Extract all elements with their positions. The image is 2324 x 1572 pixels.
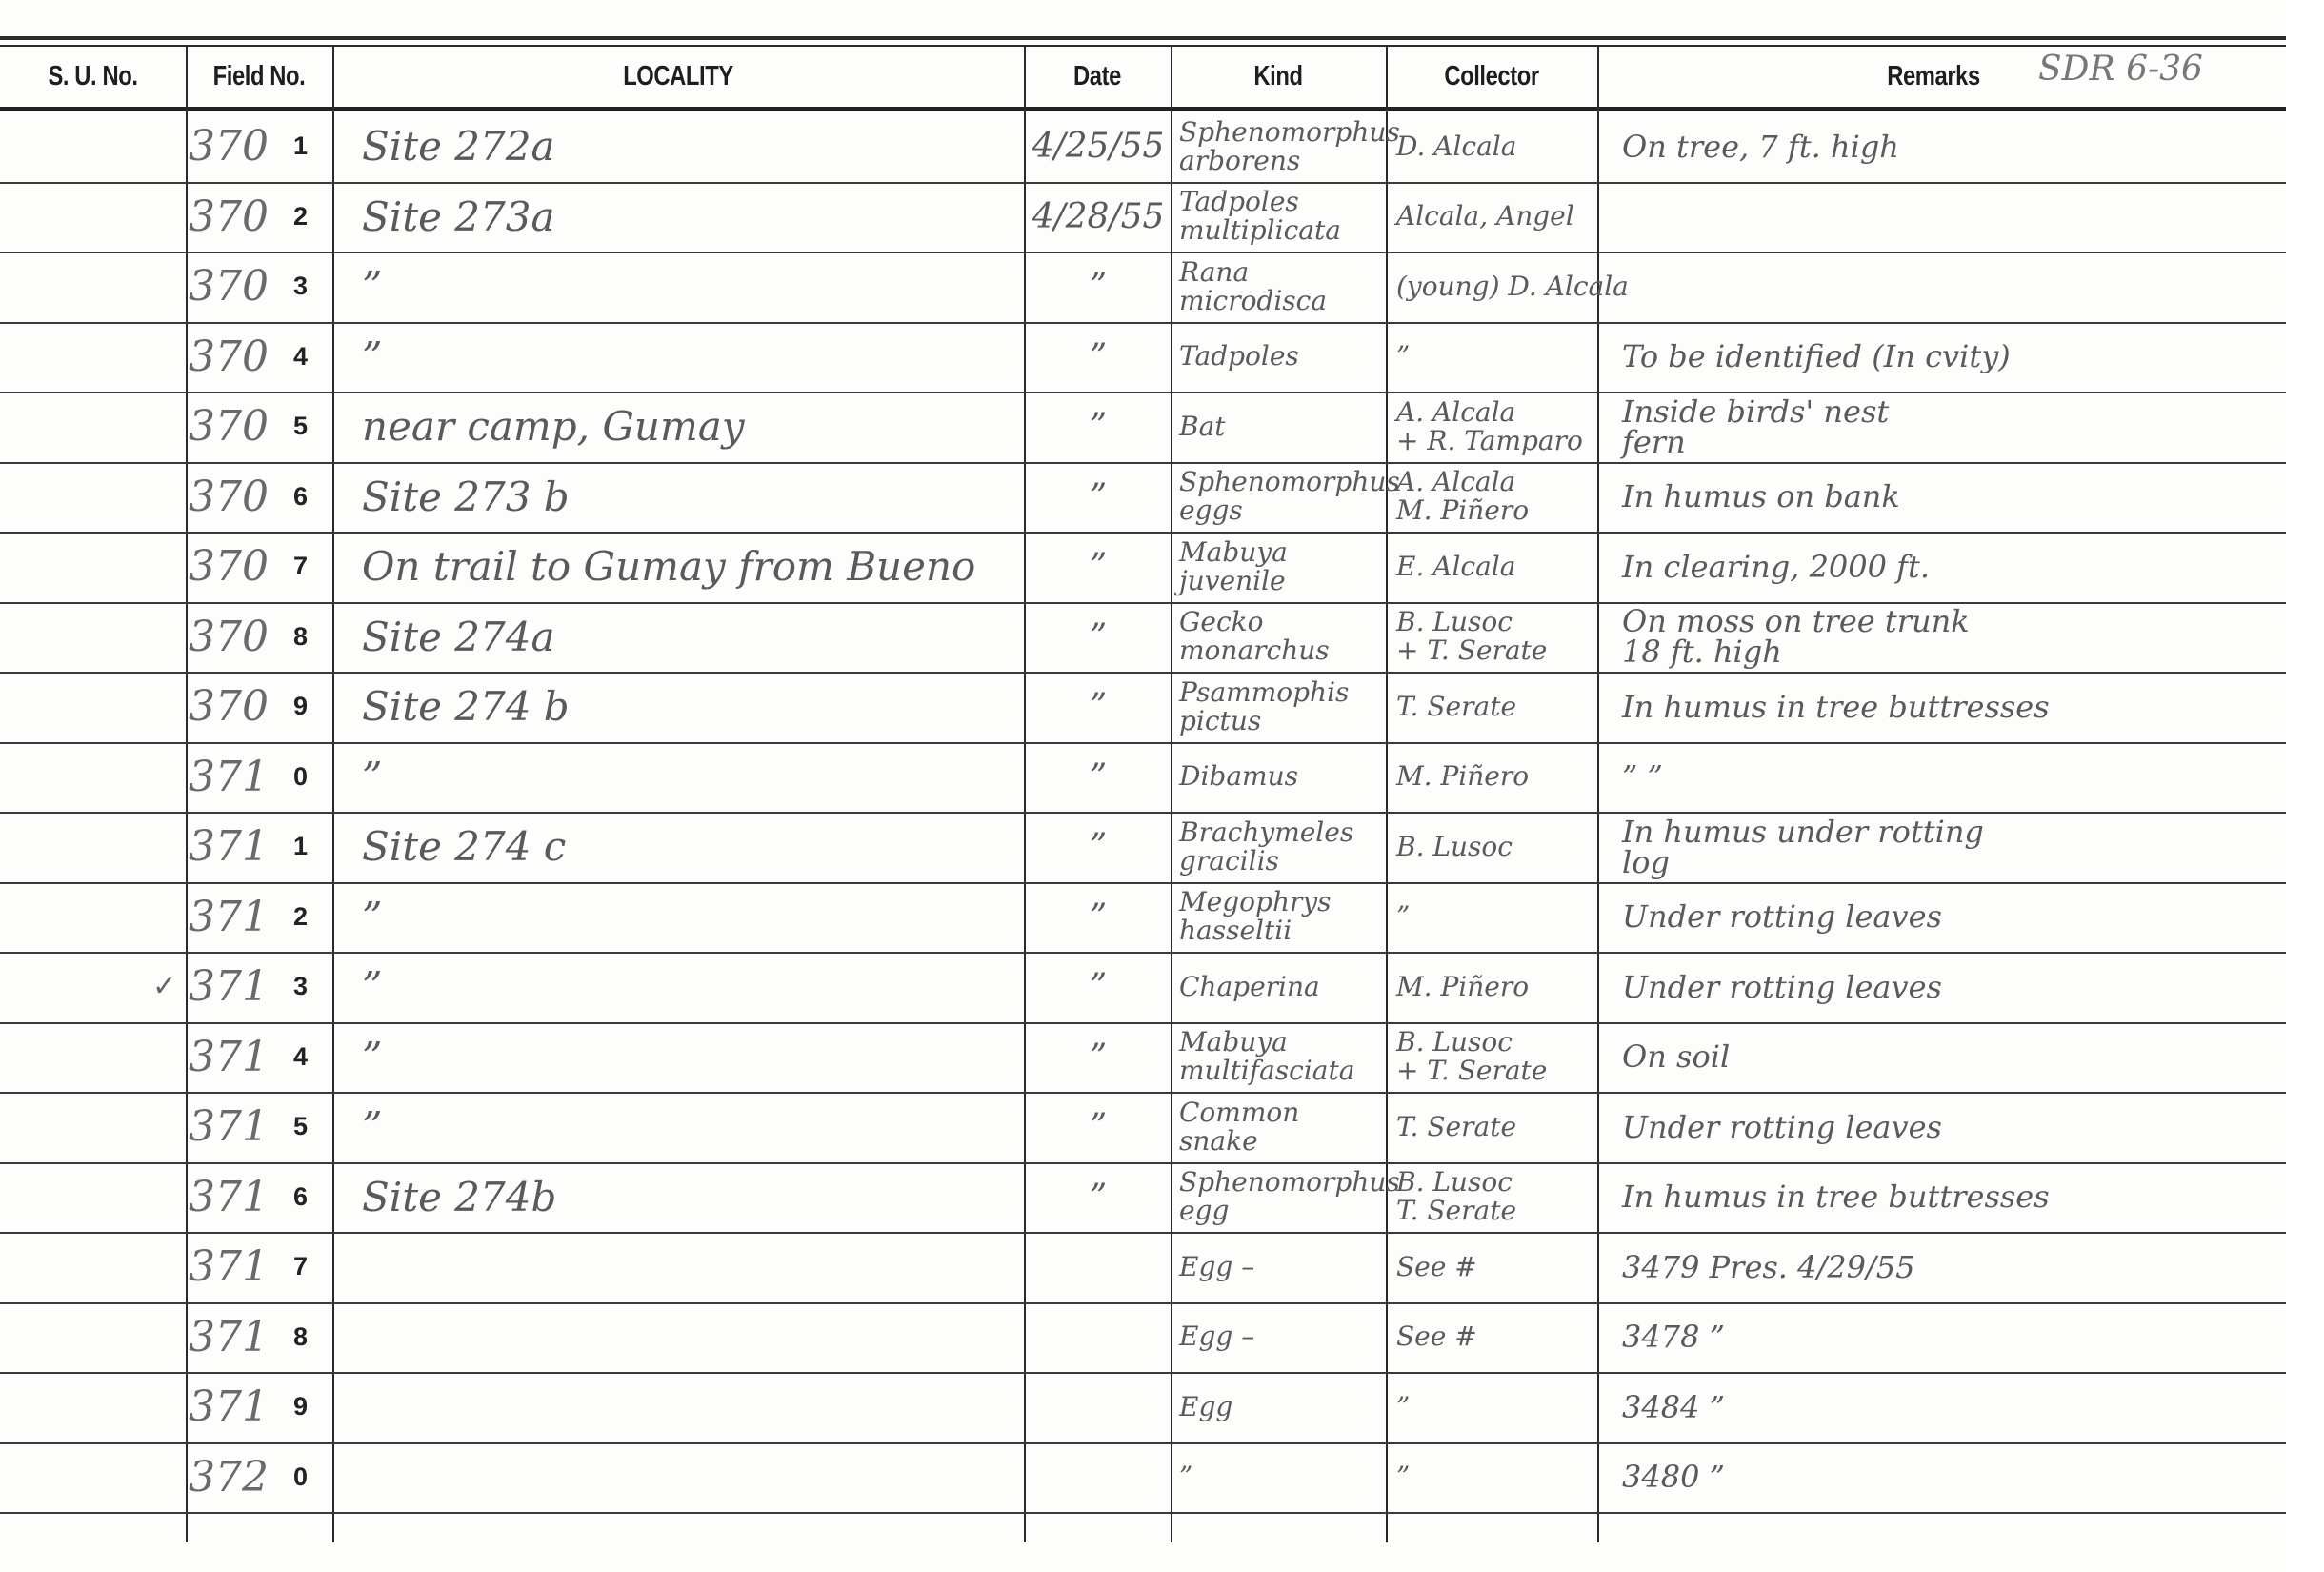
locality-cell — [343, 1372, 1029, 1441]
field-no-suffix: 0 — [293, 742, 308, 812]
remarks-cell: In humus on bank — [1605, 462, 2308, 532]
cell-line: T. Serate — [1396, 693, 1516, 721]
collector-cell: T. Serate — [1389, 672, 1606, 741]
cell-line: A. Alcala — [1396, 398, 1515, 427]
cell-line: Brachymeles — [1179, 818, 1353, 847]
date-cell: 4/25/55 — [1027, 111, 1170, 181]
cell-line: Egg – — [1179, 1322, 1254, 1351]
cell-line: gracilis — [1179, 847, 1279, 876]
cell-line: B. Lusoc — [1396, 1168, 1513, 1197]
field-no-suffix: 4 — [293, 322, 308, 392]
kind-cell: Sphenomorphusegg — [1173, 1162, 1391, 1232]
kind-cell: Bat — [1173, 392, 1391, 461]
table-row: 370 5 near camp, Gumay ” Bat A. Alcala+ … — [0, 392, 2286, 461]
cell-line: egg — [1179, 1197, 1229, 1225]
cell-line: Egg — [1179, 1393, 1232, 1421]
field-no-suffix: 9 — [293, 1372, 308, 1441]
cell-line: pictus — [1179, 707, 1261, 736]
field-no-suffix: 3 — [293, 952, 308, 1021]
collector-cell: ” — [1389, 882, 1606, 952]
cell-line: Sphenomorphus — [1179, 1168, 1400, 1197]
field-no-prefix: 371 — [189, 952, 284, 1021]
cell-line: multifasciata — [1179, 1057, 1354, 1085]
field-no-suffix: 2 — [293, 182, 308, 252]
table-row: 370 2 Site 273a 4/28/55 Tadpolesmultipli… — [0, 182, 2286, 252]
field-no-suffix: 6 — [293, 1162, 308, 1232]
field-no-suffix: 2 — [293, 882, 308, 952]
cell-line: Dibamus — [1179, 762, 1298, 791]
locality-cell: near camp, Gumay — [343, 392, 1029, 461]
kind-cell: Geckomonarchus — [1173, 602, 1391, 672]
kind-cell: Egg — [1173, 1372, 1391, 1441]
field-no-suffix: 9 — [293, 672, 308, 741]
top-double-rule-inner — [0, 45, 2286, 47]
field-no-suffix: 1 — [293, 111, 308, 181]
collector-cell: ” — [1389, 1372, 1606, 1441]
cell-line: In clearing, 2000 ft. — [1622, 552, 1930, 582]
collector-cell: B. Lusoc — [1389, 812, 1606, 881]
field-no-prefix: 371 — [189, 1022, 284, 1092]
locality-cell: Site 273a — [343, 182, 1029, 252]
date-cell: ” — [1027, 672, 1170, 741]
cell-line: fern — [1622, 427, 1686, 457]
date-cell — [1027, 1302, 1170, 1372]
date-cell: ” — [1027, 812, 1170, 881]
locality-cell: ” — [343, 882, 1029, 952]
table-row: 371 2 ” ” Megophryshasseltii ” Under rot… — [0, 882, 2286, 952]
table-row: 371 5 ” ” Commonsnake T. Serate Under ro… — [0, 1092, 2286, 1161]
locality-cell: ” — [343, 252, 1029, 321]
date-cell: ” — [1027, 392, 1170, 461]
date-cell: ” — [1027, 532, 1170, 601]
cell-line: 3479 Pres. 4/29/55 — [1622, 1252, 1915, 1282]
cell-line: snake — [1179, 1127, 1258, 1156]
remarks-cell: In humus under rottinglog — [1605, 812, 2308, 881]
cell-line: M. Piñero — [1396, 762, 1529, 791]
field-no-prefix: 370 — [189, 111, 284, 181]
remarks-cell: On moss on tree trunk18 ft. high — [1605, 602, 2308, 672]
remarks-cell: In humus in tree buttresses — [1605, 672, 2308, 741]
header-locality: LOCALITY — [394, 52, 961, 100]
field-no-prefix: 370 — [189, 322, 284, 392]
locality-cell — [343, 1302, 1029, 1372]
cell-line: Chaperina — [1179, 973, 1320, 1001]
cell-line: + T. Serate — [1396, 1057, 1547, 1085]
field-no-prefix: 371 — [189, 1092, 284, 1161]
locality-cell: Site 273 b — [343, 462, 1029, 532]
remarks-cell: 3480 ” — [1605, 1442, 2308, 1512]
kind-cell: Chaperina — [1173, 952, 1391, 1021]
field-no-prefix: 371 — [189, 1372, 284, 1441]
field-no-prefix: 370 — [189, 182, 284, 252]
cell-line: Gecko — [1179, 608, 1263, 636]
locality-cell — [343, 1232, 1029, 1301]
field-no-prefix: 371 — [189, 812, 284, 881]
cell-line: See # — [1396, 1253, 1477, 1281]
remarks-cell: On tree, 7 ft. high — [1605, 111, 2308, 181]
cell-line: Under rotting leaves — [1622, 1112, 1942, 1142]
remarks-cell: In clearing, 2000 ft. — [1605, 532, 2308, 601]
locality-cell: Site 274b — [343, 1162, 1029, 1232]
field-no-prefix: 372 — [189, 1442, 284, 1512]
date-cell: ” — [1027, 882, 1170, 952]
kind-cell: Egg – — [1173, 1302, 1391, 1372]
remarks-cell: 3479 Pres. 4/29/55 — [1605, 1232, 2308, 1301]
cell-line: Rana — [1179, 258, 1249, 287]
collector-cell: ” — [1389, 1442, 1606, 1512]
remarks-cell: Under rotting leaves — [1605, 1092, 2308, 1161]
cell-line: juvenile — [1179, 567, 1286, 595]
cell-line: Tadpoles — [1179, 188, 1299, 216]
kind-cell: Megophryshasseltii — [1173, 882, 1391, 952]
kind-cell: Sphenomorphusarborens — [1173, 111, 1391, 181]
field-no-prefix: 370 — [189, 462, 284, 532]
cell-line: ” — [1179, 1462, 1192, 1491]
cell-line: Tadpoles — [1179, 342, 1299, 371]
table-row: 370 6 Site 273 b ” Sphenomorphuseggs A. … — [0, 462, 2286, 532]
cell-line: (young) D. Alcala — [1396, 272, 1629, 301]
field-no-prefix: 371 — [189, 1162, 284, 1232]
field-no-prefix: 370 — [189, 392, 284, 461]
date-cell — [1027, 1372, 1170, 1441]
header-collector: Collector — [1405, 52, 1578, 100]
cell-line: M. Piñero — [1396, 973, 1529, 1001]
collector-cell: B. Lusoc+ T. Serate — [1389, 602, 1606, 672]
field-no-prefix: 371 — [189, 882, 284, 952]
cell-line: eggs — [1179, 496, 1243, 525]
cell-line: Bat — [1179, 413, 1226, 441]
cell-line: Inside birds' nest — [1622, 396, 1889, 427]
locality-cell: Site 274 c — [343, 812, 1029, 881]
table-row: 370 8 Site 274a ” Geckomonarchus B. Luso… — [0, 602, 2286, 672]
field-no-suffix: 5 — [293, 392, 308, 461]
check-mark: ✓ — [152, 952, 176, 1021]
locality-cell: ” — [343, 322, 1029, 392]
remarks-cell: Under rotting leaves — [1605, 952, 2308, 1021]
header-date: Date — [1037, 52, 1157, 100]
cell-line: Mabuya — [1179, 1028, 1288, 1057]
field-no-suffix: 5 — [293, 1092, 308, 1161]
table-row: 370 4 ” ” Tadpoles ” To be identified (I… — [0, 322, 2286, 392]
field-no-prefix: 370 — [189, 602, 284, 672]
table-row: 371 1 Site 274 c ” Brachymelesgracilis B… — [0, 812, 2286, 881]
collector-cell: See # — [1389, 1232, 1606, 1301]
date-cell: ” — [1027, 1092, 1170, 1161]
locality-cell — [343, 1442, 1029, 1512]
field-no-suffix: 1 — [293, 812, 308, 881]
kind-cell: Tadpolesmultiplicata — [1173, 182, 1391, 252]
table-row: 371 7 Egg – See # 3479 Pres. 4/29/55 — [0, 1232, 2286, 1301]
top-double-rule — [0, 36, 2286, 40]
cell-line: A. Alcala — [1396, 468, 1515, 496]
cell-line: In humus under rotting — [1622, 816, 1984, 847]
cell-line: ” — [1396, 1393, 1410, 1421]
date-cell: ” — [1027, 252, 1170, 321]
cell-line: Sphenomorphus — [1179, 118, 1400, 147]
cell-line: Mabuya — [1179, 538, 1288, 567]
table-row: 371 8 Egg – See # 3478 ” — [0, 1302, 2286, 1372]
field-no-prefix: 370 — [189, 672, 284, 741]
remarks-cell: Under rotting leaves — [1605, 882, 2308, 952]
cell-line: ” — [1396, 342, 1410, 371]
remarks-cell — [1605, 182, 2308, 252]
locality-cell: Site 272a — [343, 111, 1029, 181]
collector-cell: See # — [1389, 1302, 1606, 1372]
date-cell — [1027, 1232, 1170, 1301]
field-no-suffix: 7 — [293, 532, 308, 601]
collector-cell: D. Alcala — [1389, 111, 1606, 181]
collector-cell: A. Alcala+ R. Tamparo — [1389, 392, 1606, 461]
field-no-suffix: 0 — [293, 1442, 308, 1512]
field-no-suffix: 6 — [293, 462, 308, 532]
cell-line: ” — [1396, 902, 1410, 931]
cell-line: monarchus — [1179, 636, 1330, 665]
collector-cell: Alcala, Angel — [1389, 182, 1606, 252]
locality-cell: ” — [343, 952, 1029, 1021]
remarks-cell: 3484 ” — [1605, 1372, 2308, 1441]
kind-cell: Egg – — [1173, 1232, 1391, 1301]
date-cell: 4/28/55 — [1027, 182, 1170, 252]
date-cell — [1027, 1442, 1170, 1512]
cell-line: In humus in tree buttresses — [1622, 692, 2050, 722]
cell-line: T. Serate — [1396, 1113, 1516, 1141]
cell-line: B. Lusoc — [1396, 833, 1513, 861]
cell-line: log — [1622, 847, 1670, 877]
cell-line: In humus on bank — [1622, 481, 1900, 512]
kind-cell: Tadpoles — [1173, 322, 1391, 392]
cell-line: On moss on tree trunk — [1622, 606, 1970, 636]
cell-line: Egg – — [1179, 1253, 1254, 1281]
header-su-no: S. U. No. — [17, 52, 170, 100]
locality-cell: ” — [343, 742, 1029, 812]
kind-cell: Brachymelesgracilis — [1173, 812, 1391, 881]
kind-cell: Mabuyamultifasciata — [1173, 1022, 1391, 1092]
cell-line: D. Alcala — [1396, 132, 1516, 161]
cell-line: Psammophis — [1179, 678, 1349, 707]
remarks-cell: On soil — [1605, 1022, 2308, 1092]
collector-cell: ” — [1389, 322, 1606, 392]
table-row: 370 3 ” ” Ranamicrodisca (young) D. Alca… — [0, 252, 2286, 321]
date-cell: ” — [1027, 462, 1170, 532]
cell-line: On tree, 7 ft. high — [1622, 131, 1899, 162]
collector-cell: E. Alcala — [1389, 532, 1606, 601]
table-row: 371 0 ” ” Dibamus M. Piñero ” ” — [0, 742, 2286, 812]
cell-line: ” — [1396, 1462, 1410, 1491]
locality-cell: On trail to Gumay from Bueno — [343, 532, 1029, 601]
date-cell: ” — [1027, 602, 1170, 672]
remarks-cell: ” ” — [1605, 742, 2308, 812]
header-remarks: Remarks — [1816, 52, 2051, 100]
header-annotation: SDR 6-36 — [2038, 50, 2203, 89]
cell-line: See # — [1396, 1322, 1477, 1351]
cell-line: 18 ft. high — [1622, 636, 1782, 667]
kind-cell: Psammophispictus — [1173, 672, 1391, 741]
date-cell: ” — [1027, 742, 1170, 812]
field-no-suffix: 8 — [293, 1302, 308, 1372]
page-edge — [2286, 0, 2324, 1572]
cell-line: E. Alcala — [1396, 553, 1515, 581]
collector-cell: B. LusocT. Serate — [1389, 1162, 1606, 1232]
remarks-cell — [1605, 252, 2308, 321]
cell-line: + T. Serate — [1396, 636, 1547, 665]
collector-cell: (young) D. Alcala — [1389, 252, 1606, 321]
cell-line: microdisca — [1179, 287, 1327, 315]
kind-cell: Mabuyajuvenile — [1173, 532, 1391, 601]
date-cell: ” — [1027, 322, 1170, 392]
cell-line: multiplicata — [1179, 216, 1341, 245]
remarks-cell: In humus in tree buttresses — [1605, 1162, 2308, 1232]
cell-line: M. Piñero — [1396, 496, 1529, 525]
cell-line: 3484 ” — [1622, 1392, 1725, 1422]
cell-line: arborens — [1179, 147, 1300, 175]
locality-cell: Site 274a — [343, 602, 1029, 672]
cell-line: B. Lusoc — [1396, 1028, 1513, 1057]
field-no-prefix: 371 — [189, 1232, 284, 1301]
locality-cell: ” — [343, 1022, 1029, 1092]
collector-cell: M. Piñero — [1389, 742, 1606, 812]
cell-line: hasseltii — [1179, 917, 1292, 945]
cell-line: + R. Tamparo — [1396, 427, 1583, 455]
field-no-prefix: 370 — [189, 252, 284, 321]
collector-cell: B. Lusoc+ T. Serate — [1389, 1022, 1606, 1092]
collector-cell: T. Serate — [1389, 1092, 1606, 1161]
locality-cell: ” — [343, 1092, 1029, 1161]
row-rule — [0, 1512, 2286, 1514]
header-field-no: Field No. — [199, 52, 319, 100]
cell-line: T. Serate — [1396, 1197, 1516, 1225]
collector-cell: M. Piñero — [1389, 952, 1606, 1021]
cell-line: B. Lusoc — [1396, 608, 1513, 636]
kind-cell: Sphenomorphuseggs — [1173, 462, 1391, 532]
date-cell: ” — [1027, 952, 1170, 1021]
collector-cell: A. AlcalaM. Piñero — [1389, 462, 1606, 532]
remarks-cell: To be identified (In cvity) — [1605, 322, 2308, 392]
header-kind: Kind — [1190, 52, 1366, 100]
table-row: 370 7 On trail to Gumay from Bueno ” Mab… — [0, 532, 2286, 601]
cell-line: ” ” — [1622, 761, 1663, 792]
table-row: 371 9 Egg ” 3484 ” — [0, 1372, 2286, 1441]
remarks-cell: 3478 ” — [1605, 1302, 2308, 1372]
cell-line: To be identified (In cvity) — [1622, 341, 2011, 372]
kind-cell: Dibamus — [1173, 742, 1391, 812]
cell-line: 3478 ” — [1622, 1321, 1725, 1352]
cell-line: Sphenomorphus — [1179, 468, 1400, 496]
cell-line: On soil — [1622, 1041, 1730, 1072]
kind-cell: Commonsnake — [1173, 1092, 1391, 1161]
table-row: 370 1 Site 272a 4/25/55 Sphenomorphusarb… — [0, 111, 2286, 181]
field-no-suffix: 8 — [293, 602, 308, 672]
cell-line: 3480 ” — [1622, 1461, 1725, 1492]
cell-line: Alcala, Angel — [1396, 202, 1574, 231]
field-no-prefix: 371 — [189, 1302, 284, 1372]
table-row: 371 4 ” ” Mabuyamultifasciata B. Lusoc+ … — [0, 1022, 2286, 1092]
table-row: 372 0 ” ” 3480 ” — [0, 1442, 2286, 1512]
cell-line: Under rotting leaves — [1622, 901, 1942, 932]
kind-cell: Ranamicrodisca — [1173, 252, 1391, 321]
field-no-suffix: 7 — [293, 1232, 308, 1301]
cell-line: Common — [1179, 1098, 1299, 1127]
field-no-suffix: 3 — [293, 252, 308, 321]
field-no-prefix: 370 — [189, 532, 284, 601]
table-row: 371 6 Site 274b ” Sphenomorphusegg B. Lu… — [0, 1162, 2286, 1232]
locality-cell: Site 274 b — [343, 672, 1029, 741]
field-no-suffix: 4 — [293, 1022, 308, 1092]
table-row: 370 9 Site 274 b ” Psammophispictus T. S… — [0, 672, 2286, 741]
cell-line: Megophrys — [1179, 888, 1332, 917]
cell-line: In humus in tree buttresses — [1622, 1181, 2050, 1212]
kind-cell: ” — [1173, 1442, 1391, 1512]
date-cell: ” — [1027, 1022, 1170, 1092]
table-row: ✓ 371 3 ” ” Chaperina M. Piñero Under ro… — [0, 952, 2286, 1021]
cell-line: Under rotting leaves — [1622, 972, 1942, 1002]
ledger-sheet: S. U. No. Field No. LOCALITY Date Kind C… — [0, 0, 2324, 1572]
field-no-prefix: 371 — [189, 742, 284, 812]
remarks-cell: Inside birds' nestfern — [1605, 392, 2308, 461]
date-cell: ” — [1027, 1162, 1170, 1232]
